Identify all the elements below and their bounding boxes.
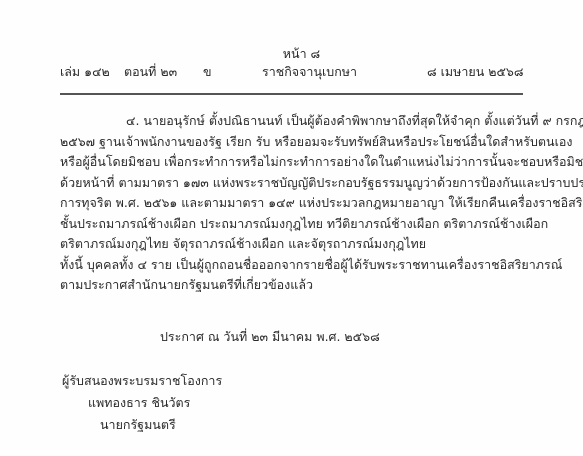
volume-label: เล่ม ๑๔๒ <box>60 62 110 82</box>
body-line-6: ชั้นประถมาภรณ์ช้างเผือก ประถมาภรณ์มงกุฎไ… <box>60 214 518 235</box>
body-line-7: ตริตาภรณ์มงกุฎไทย จัตุรถาภรณ์ช้างเผือก แ… <box>60 234 518 255</box>
issue-type-label: ข <box>203 62 212 82</box>
body-line-5: การทุจริต พ.ศ. ๒๕๖๑ และตามมาตรา ๑๔๙ แห่ง… <box>60 193 518 214</box>
signature-role: ผู้รับสนองพระบรมราชโองการ <box>62 370 222 392</box>
body-line-3: หรือผู้อื่นโดยมิชอบ เพื่อกระทำการหรือไม่… <box>60 152 518 173</box>
signatory-title: นายกรัฐมนตรี <box>62 414 222 436</box>
body-line-9: ตามประกาศสำนักนายกรัฐมนตรีที่เกี่ยวข้องแ… <box>60 275 518 296</box>
issue-label: ตอนที่ ๒๓ <box>124 62 177 82</box>
page-number: หน้า ๘ <box>0 44 583 64</box>
body-line-8: ทั้งนี้ บุคคลทั้ง ๔ ราย เป็นผู้ถูกถอนชื่… <box>60 255 518 276</box>
announcement-date: ประกาศ ณ วันที่ ๒๓ มีนาคม พ.ศ. ๒๕๖๘ <box>160 327 380 347</box>
body-paragraph: ๔. นายอนุรักษ์ ตั้งปณิธานนท์ เป็นผู้ต้อง… <box>60 111 518 296</box>
body-line-1: ๔. นายอนุรักษ์ ตั้งปณิธานนท์ เป็นผู้ต้อง… <box>60 111 518 132</box>
body-line-4: ด้วยหน้าที่ ตามมาตรา ๑๗๓ แห่งพระราชบัญญั… <box>60 173 518 194</box>
gazette-page: หน้า ๘ เล่ม ๑๔๒ ตอนที่ ๒๓ ข ราชกิจจานุเบ… <box>0 0 583 456</box>
signature-block: ผู้รับสนองพระบรมราชโองการ แพทองธาร ชินวั… <box>62 370 222 436</box>
publication-name: ราชกิจจานุเบกษา <box>262 62 357 82</box>
body-line-2: ๒๕๖๗ ฐานเจ้าพนักงานของรัฐ เรียก รับ หรือ… <box>60 132 518 153</box>
gazette-header: เล่ม ๑๔๒ ตอนที่ ๒๓ ข ราชกิจจานุเบกษา ๘ เ… <box>60 62 523 82</box>
header-divider <box>60 93 523 95</box>
signatory-name: แพทองธาร ชินวัตร <box>62 392 222 414</box>
publication-date: ๘ เมษายน ๒๕๖๘ <box>427 62 524 82</box>
